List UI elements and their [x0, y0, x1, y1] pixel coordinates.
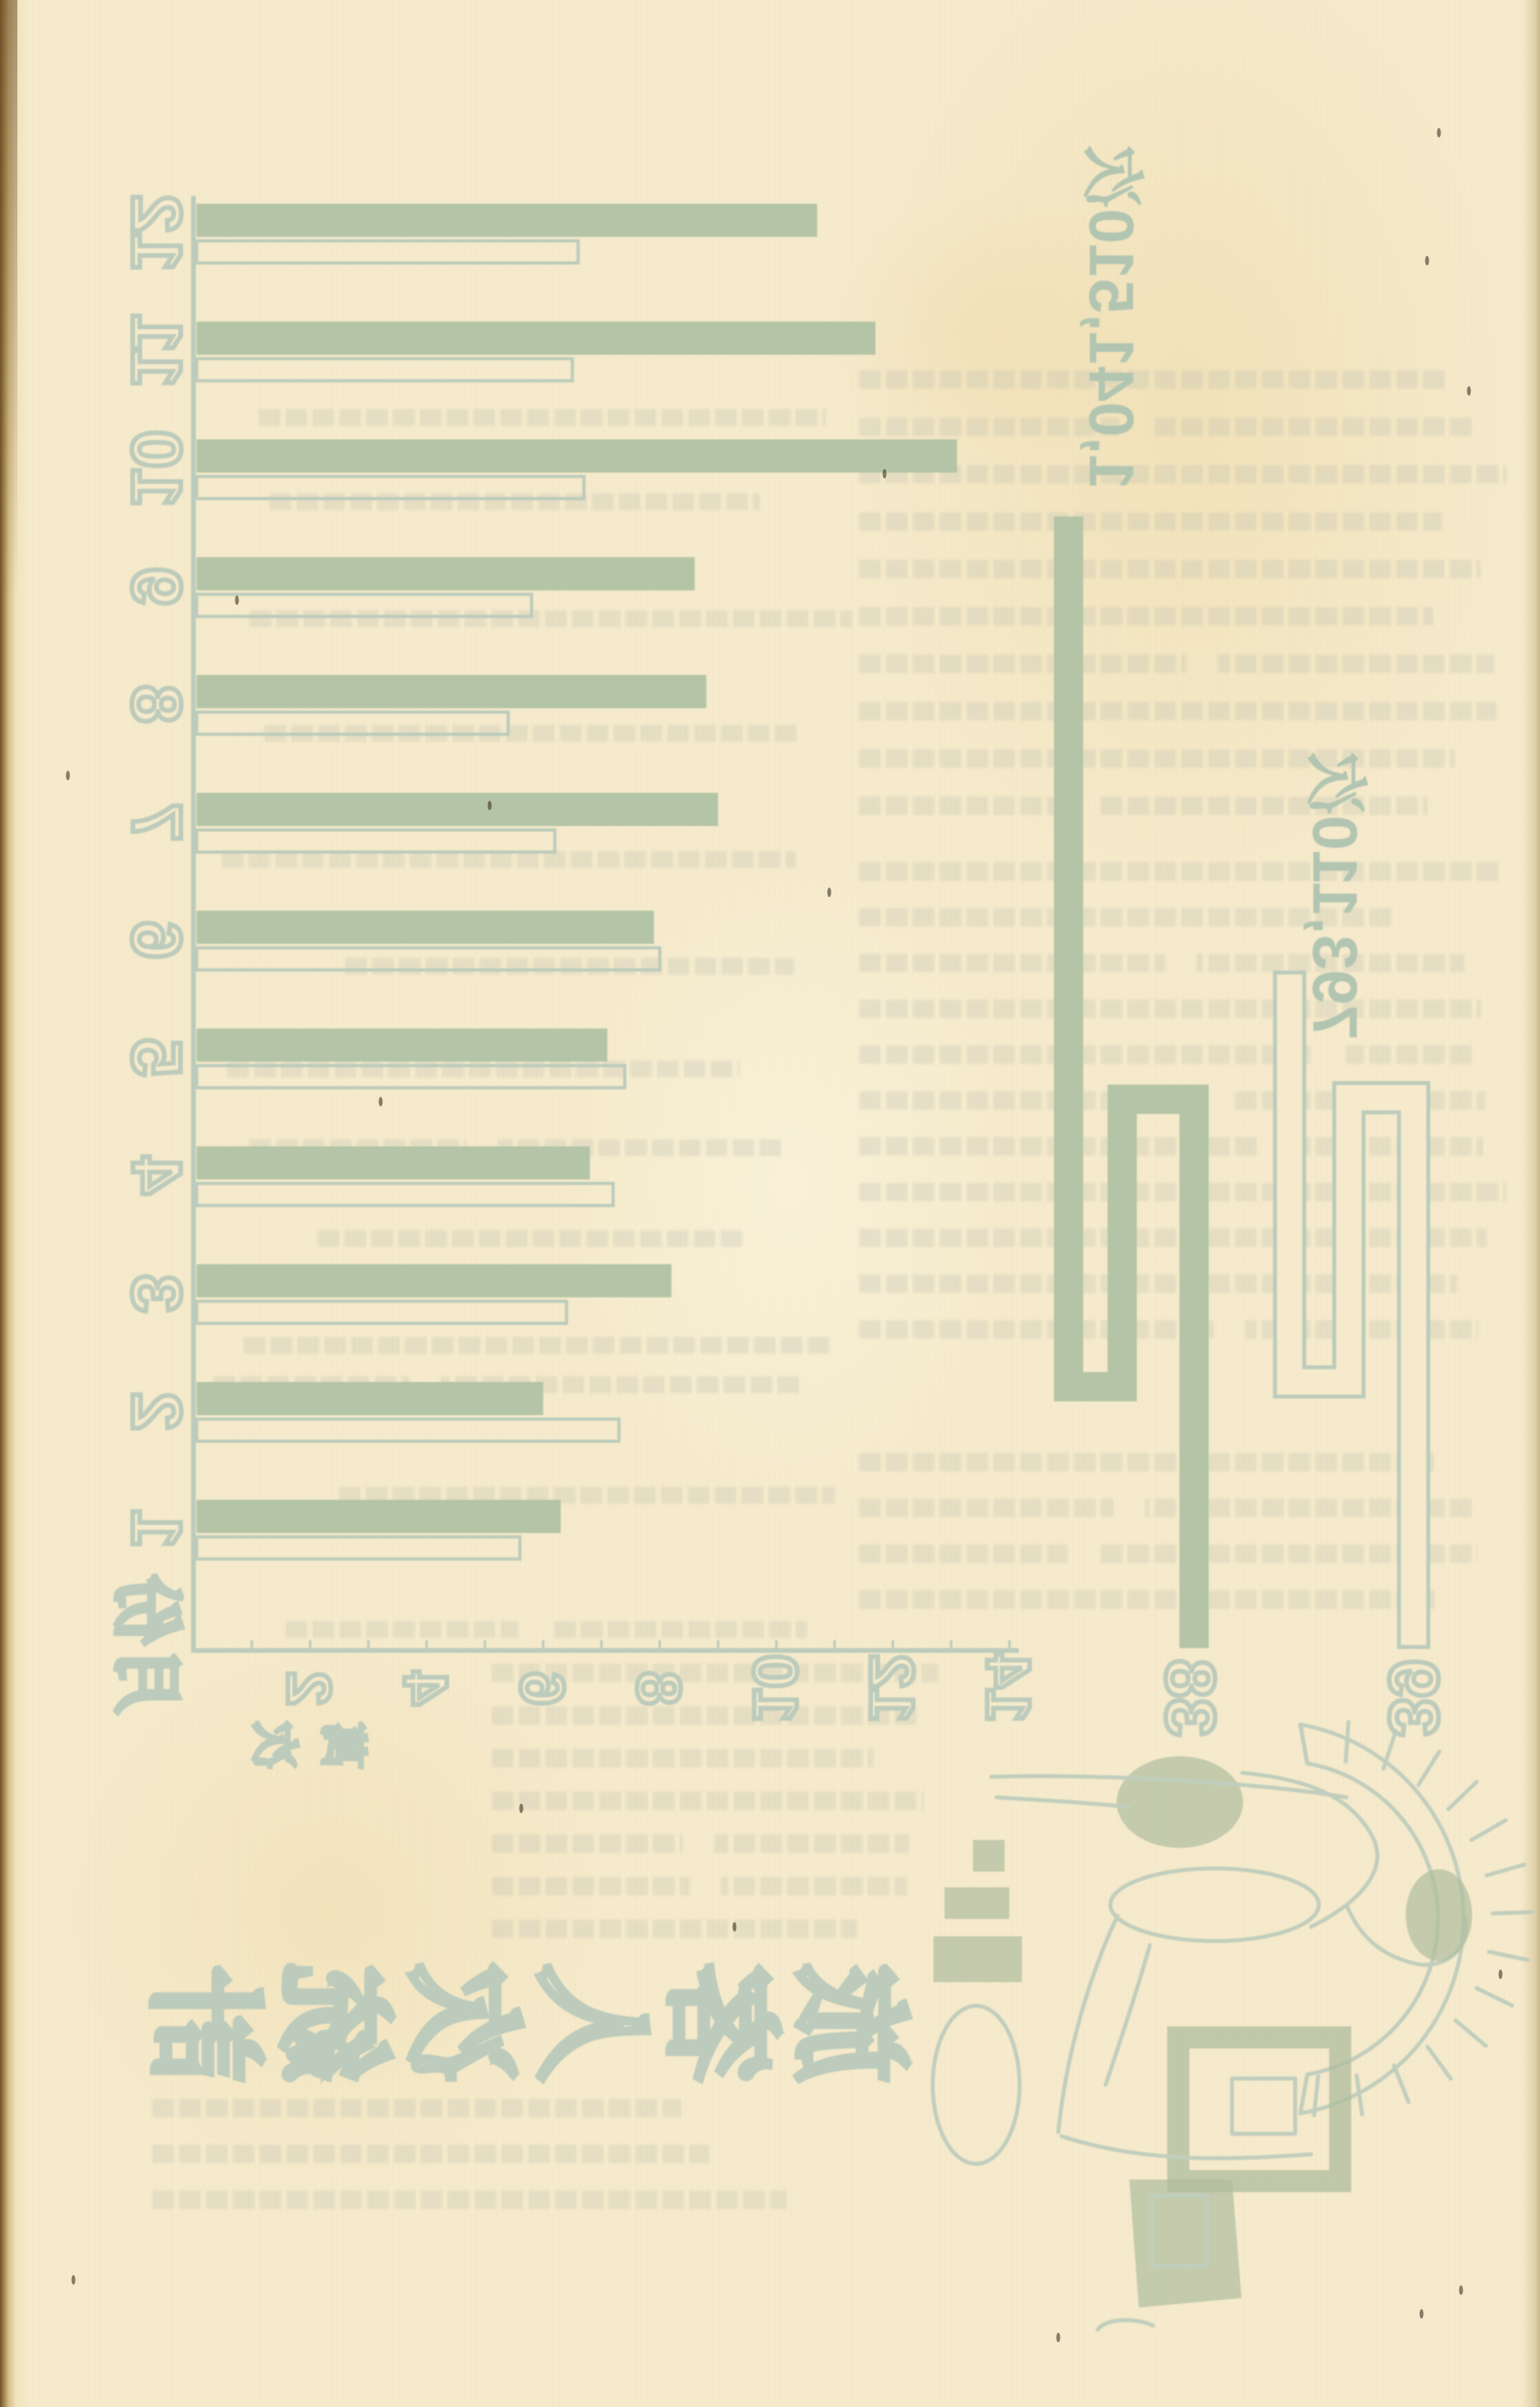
x-axis-title: 月份: [107, 1575, 186, 1714]
scanned-page: 123456789101112 2468101214 月份 萬次 旅客人次統計 …: [0, 0, 1540, 2407]
step-shape: [933, 1936, 1022, 1982]
bar-39: [197, 359, 573, 381]
ghost-text-row: [490, 1789, 924, 1812]
wheel-segment-line: [1418, 1752, 1439, 1785]
tick-label: 4: [391, 1671, 460, 1705]
month-label: 2: [118, 1392, 196, 1431]
hat-shape: [1117, 1756, 1243, 1848]
wheel-segment-line: [1493, 1912, 1532, 1913]
paper-speck: [1425, 256, 1429, 265]
bar-38: [197, 675, 706, 708]
ghost-text-row: [150, 2188, 787, 2210]
tick-label: 14: [974, 1654, 1043, 1723]
ghost-text-row: [242, 1335, 832, 1354]
paper-speck: [828, 888, 832, 897]
month-label: 3: [118, 1274, 196, 1312]
legend-zigzag-filled: [1069, 516, 1194, 1648]
legend-total-38: 1,041,510次: [1076, 145, 1147, 490]
ghost-text-row: [857, 558, 1480, 580]
ghost-text-row: [857, 1496, 1474, 1519]
unit-char: 次: [247, 1722, 300, 1769]
bar-38: [197, 1028, 607, 1061]
wheel-segment-line: [1346, 1722, 1348, 1762]
bar-39: [197, 1301, 566, 1324]
month-label: 4: [118, 1156, 196, 1195]
wheel-segment-line: [1448, 1782, 1477, 1809]
step-shape: [945, 1887, 1009, 1919]
bar-38: [197, 1147, 590, 1180]
tick-label: 10: [741, 1654, 810, 1723]
case-window: [1232, 2078, 1295, 2134]
month-label: 5: [118, 1038, 196, 1077]
paper-speck: [1420, 2309, 1424, 2319]
tick-label: 2: [275, 1671, 344, 1705]
ghost-text-row: [490, 1704, 917, 1726]
step-shape: [973, 1840, 1005, 1872]
wheel-segment-line: [1486, 1864, 1524, 1876]
category-labels: 123456789101112: [118, 194, 196, 1549]
month-bar-group: [197, 793, 718, 852]
title-char: 旅: [783, 1964, 915, 2082]
paper-speck: [1437, 128, 1441, 137]
bar-39: [197, 241, 578, 263]
shoulder-outline: [1242, 1773, 1377, 1927]
paper-speck: [379, 1097, 383, 1106]
ghost-text-row: [150, 2142, 709, 2165]
ghost-text-row: [490, 1875, 907, 1897]
ghost-text-row: [857, 1542, 1478, 1564]
month-bar-group: [197, 321, 875, 381]
show-through-layer: 123456789101112 2468101214 月份 萬次 旅客人次統計 …: [0, 0, 1540, 2407]
wheel-segment-line: [1357, 2075, 1362, 2115]
bar-38: [197, 911, 654, 944]
month-bar-group: [197, 204, 817, 263]
legend-total-39: 793,110次: [1300, 752, 1370, 1040]
bag-shape: [1129, 2180, 1241, 2307]
ghost-text-row: [857, 1135, 1483, 1157]
tick-label: 6: [508, 1671, 577, 1705]
tick-label: 8: [624, 1671, 693, 1705]
paper-speck: [883, 469, 887, 479]
ghost-text-row: [857, 700, 1497, 722]
wheel-segment-line: [1471, 1820, 1505, 1840]
month-bar-group: [197, 1500, 561, 1559]
tick-label: 12: [858, 1654, 927, 1723]
wheel-segment-line: [1477, 1988, 1512, 2006]
ghost-text-row: [490, 1747, 873, 1769]
legend-label-38: 38: [1151, 1659, 1230, 1737]
curl-line: [1098, 2320, 1153, 2330]
wheel-segment-line: [1301, 1725, 1308, 1763]
bar-38: [197, 1500, 561, 1533]
legend-label-39: 39: [1375, 1659, 1453, 1737]
body-line-inner: [1106, 1945, 1150, 2085]
paper-speck: [488, 801, 492, 810]
month-label: 8: [118, 685, 196, 723]
chart-title: 旅客人次統計: [137, 1964, 915, 2082]
basket-outline: [933, 2006, 1020, 2164]
ghost-text-row: [257, 407, 826, 426]
ghost-text-row: [857, 952, 1464, 974]
bar-39: [197, 1419, 619, 1441]
wheel-segment-line: [1489, 1952, 1528, 1960]
month-bar-group: [197, 1028, 625, 1087]
bar-38: [197, 558, 695, 591]
month-bar-group: [197, 1264, 671, 1324]
paper-speck: [1467, 386, 1471, 396]
ghost-text-row: [857, 1272, 1457, 1294]
month-label: 11: [118, 314, 196, 388]
ghost-text-row: [284, 1619, 807, 1638]
title-char: 計: [137, 1964, 269, 2082]
ghost-text-row: [857, 605, 1433, 627]
ghost-text-row: [857, 1318, 1478, 1340]
unit-char: 萬: [316, 1722, 369, 1769]
bar-38: [197, 204, 817, 237]
month-bar-group: [197, 558, 695, 617]
ghost-text-row: [857, 1226, 1486, 1249]
hair-shape: [1406, 1869, 1472, 1961]
paper-speck: [733, 1922, 737, 1932]
paper-speck: [235, 595, 239, 605]
month-label: 6: [118, 921, 196, 959]
paper-speck: [1499, 1970, 1503, 1979]
ghost-text-row: [857, 997, 1481, 1020]
traveller-illustration: [933, 1722, 1532, 2330]
ghost-text-row: [857, 860, 1501, 882]
month-label: 10: [118, 430, 196, 507]
ghost-text-row: [857, 415, 1474, 437]
month-label: 9: [118, 567, 196, 606]
body-line: [1058, 1916, 1117, 2132]
bar-39: [197, 1537, 520, 1559]
ghost-text-row: [262, 723, 797, 742]
bar-38: [197, 321, 875, 355]
paper-speck: [1057, 2333, 1061, 2342]
month-bar-group: [197, 439, 957, 498]
ghost-text-row: [857, 1588, 1434, 1610]
paper-speck: [72, 2275, 76, 2285]
paper-speck: [520, 1804, 524, 1813]
bar-38: [197, 1382, 543, 1415]
ghost-text-row: [857, 510, 1442, 532]
ghost-text-row: [150, 2097, 681, 2119]
title-char: 次: [395, 1964, 528, 2082]
paper-speck: [1459, 2285, 1463, 2295]
ghost-text-row: [857, 368, 1445, 390]
title-char: 統: [266, 1964, 399, 2082]
ghost-text-row: [490, 1832, 909, 1854]
bar-38: [197, 1264, 671, 1297]
month-label: 1: [118, 1510, 196, 1549]
ghost-text-row: [857, 1451, 1434, 1473]
bar-39: [197, 830, 555, 852]
bar-38: [197, 439, 957, 472]
ghost-text-row: [316, 1228, 743, 1247]
paper-speck: [66, 771, 70, 780]
wheel-segment-line: [1394, 2065, 1409, 2101]
brim-line-lower: [997, 1797, 1129, 1807]
ghost-text-row: [490, 1917, 857, 1939]
bar-39: [197, 1184, 613, 1206]
month-label: 7: [118, 803, 196, 842]
month-bar-group: [197, 1147, 613, 1206]
y-axis-unit: 萬次: [247, 1722, 369, 1769]
title-char: 客: [653, 1964, 786, 2082]
wheel-segment-line: [1455, 2021, 1486, 2046]
wheel-segment-line: [1428, 2047, 1451, 2078]
ghost-text-row: [857, 1043, 1474, 1065]
bar-38: [197, 793, 718, 826]
ghost-text-row: [343, 956, 793, 974]
ghost-text-row: [857, 652, 1494, 674]
sleeve-outline: [1110, 1868, 1319, 1941]
month-label: 12: [118, 194, 196, 272]
ghost-text-row: [268, 491, 760, 510]
title-char: 人: [524, 1964, 657, 2082]
